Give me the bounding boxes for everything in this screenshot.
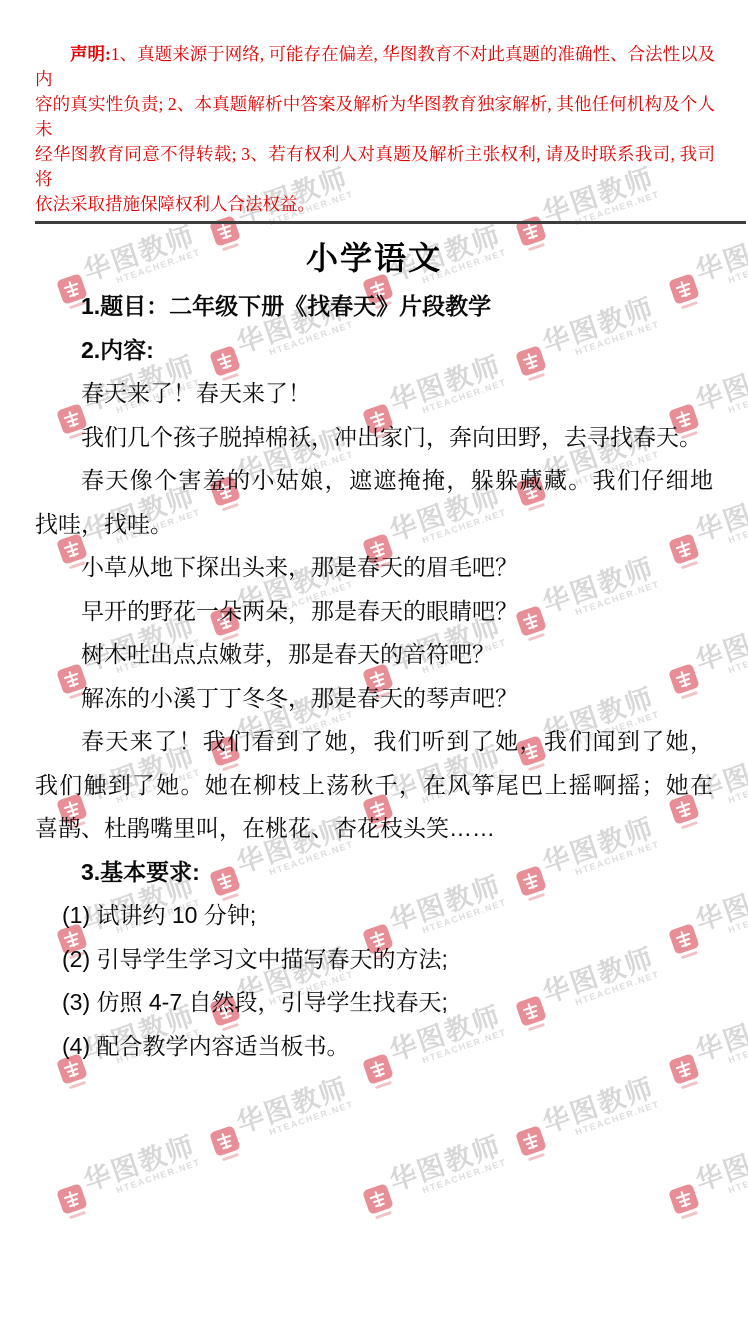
content-line: 春天像个害羞的小姑娘，遮遮掩掩，躲躲藏藏。我们仔细地	[35, 459, 713, 503]
huatu-logo	[515, 1125, 549, 1162]
disclaimer-line: 容的真实性负责; 2、本真题解析中答案及解析为华图教育独家解析, 其他任何机构及…	[35, 92, 715, 142]
huatu-logo-subtext	[69, 1211, 86, 1219]
huatu-logo-subtext	[681, 1211, 698, 1219]
huatu-logo-icon	[515, 1125, 547, 1157]
watermark-brand-text: 华图教师	[386, 1131, 505, 1195]
content-line: 早开的野花一朵两朵，那是春天的眼睛吧？	[35, 590, 713, 634]
content-line: 3.基本要求:	[35, 851, 713, 895]
document-page: 华图教师 HTEACHER.NET 华图教师 HTEACHER.NET	[0, 0, 748, 1335]
disclaimer-line: 经华图教育同意不得转载; 3、若有权利人对真题及解析主张权利, 请及时联系我司,…	[35, 142, 715, 192]
watermark-brand-text: 华图教师	[539, 1073, 658, 1137]
huatu-logo-subtext	[375, 1211, 392, 1219]
watermark-text: 华图教师 HTEACHER.NET	[233, 1073, 355, 1146]
watermark-domain-text: HTEACHER.NET	[115, 1157, 202, 1195]
watermark-brand-text: 华图教师	[233, 1073, 352, 1137]
watermark-domain-text: HTEACHER.NET	[727, 1157, 748, 1195]
huatu-logo-subtext	[528, 1153, 545, 1161]
content-line: 解冻的小溪丁丁冬冬，那是春天的琴声吧？	[35, 677, 713, 721]
huatu-logo	[56, 1183, 90, 1220]
huatu-logo	[362, 1183, 396, 1220]
huatu-logo	[209, 1125, 243, 1162]
watermark-domain-text: HTEACHER.NET	[421, 1157, 508, 1195]
content-line: 找哇，找哇。	[35, 503, 713, 547]
huatu-logo-subtext	[681, 1081, 698, 1089]
disclaimer: 声明:1、真题来源于网络, 可能存在偏差, 华图教育不对此真题的准确性、合法性以…	[35, 42, 715, 217]
watermark-domain-text: HTEACHER.NET	[574, 1099, 661, 1137]
page-title: 小学语文	[0, 236, 748, 280]
content-line: 树木吐出点点嫩芽，那是春天的音符吧？	[35, 633, 713, 677]
content-line: 春天来了！我们看到了她，我们听到了她，我们闻到了她，	[35, 720, 713, 764]
watermark: 华图教师 HTEACHER.NET	[52, 1131, 204, 1220]
content: 1.题目：二年级下册《找春天》片段教学2.内容:春天来了！春天来了！我们几个孩子…	[35, 285, 713, 1068]
divider-rule	[35, 221, 746, 224]
huatu-logo-icon	[362, 1183, 394, 1215]
huatu-logo	[668, 1183, 702, 1220]
huatu-logo-icon	[56, 1183, 88, 1215]
content-line: 1.题目：二年级下册《找春天》片段教学	[35, 285, 713, 329]
watermark: 华图教师 HTEACHER.NET	[664, 1131, 748, 1220]
watermark-text: 华图教师 HTEACHER.NET	[692, 1131, 748, 1204]
huatu-logo-icon	[668, 1183, 700, 1215]
content-line: (2) 引导学生学习文中描写春天的方法;	[35, 938, 713, 982]
content-line: 春天来了！春天来了！	[35, 372, 713, 416]
disclaimer-line: 声明:1、真题来源于网络, 可能存在偏差, 华图教育不对此真题的准确性、合法性以…	[35, 42, 715, 92]
content-line: 我们几个孩子脱掉棉袄，冲出家门，奔向田野，去寻找春天。	[35, 416, 713, 460]
watermark-brand-text: 华图教师	[80, 1131, 199, 1195]
content-line: 我们触到了她。她在柳枝上荡秋千，在风筝尾巴上摇啊摇；她在	[35, 764, 713, 808]
watermark-domain-text: HTEACHER.NET	[268, 1099, 355, 1137]
content-line: 小草从地下探出头来，那是春天的眉毛吧？	[35, 546, 713, 590]
watermark: 华图教师 HTEACHER.NET	[205, 1073, 357, 1162]
huatu-logo-subtext	[69, 1081, 86, 1089]
document-body: 声明:1、真题来源于网络, 可能存在偏差, 华图教育不对此真题的准确性、合法性以…	[0, 42, 748, 1068]
content-line: (4) 配合教学内容适当板书。	[35, 1025, 713, 1069]
watermark-text: 华图教师 HTEACHER.NET	[539, 1073, 661, 1146]
disclaimer-line: 依法采取措施保障权利人合法权益。	[35, 192, 715, 217]
content-line: (1) 试讲约 10 分钟;	[35, 894, 713, 938]
huatu-logo-icon	[209, 1125, 241, 1157]
content-line: 喜鹊、杜鹃嘴里叫，在桃花、杏花枝头笑……	[35, 807, 713, 851]
watermark-brand-text: 华图教师	[692, 1131, 748, 1195]
disclaimer-label: 声明:	[70, 44, 111, 64]
watermark: 华图教师 HTEACHER.NET	[358, 1131, 510, 1220]
content-line: 2.内容:	[35, 329, 713, 373]
disclaimer-line-text: 1、真题来源于网络, 可能存在偏差, 华图教育不对此真题的准确性、合法性以及内	[35, 44, 715, 89]
watermark-text: 华图教师 HTEACHER.NET	[386, 1131, 508, 1204]
watermark-text: 华图教师 HTEACHER.NET	[80, 1131, 202, 1204]
content-line: (3) 仿照 4-7 自然段，引导学生找春天;	[35, 981, 713, 1025]
watermark: 华图教师 HTEACHER.NET	[511, 1073, 663, 1162]
huatu-logo-subtext	[375, 1081, 392, 1089]
huatu-logo-subtext	[222, 1153, 239, 1161]
